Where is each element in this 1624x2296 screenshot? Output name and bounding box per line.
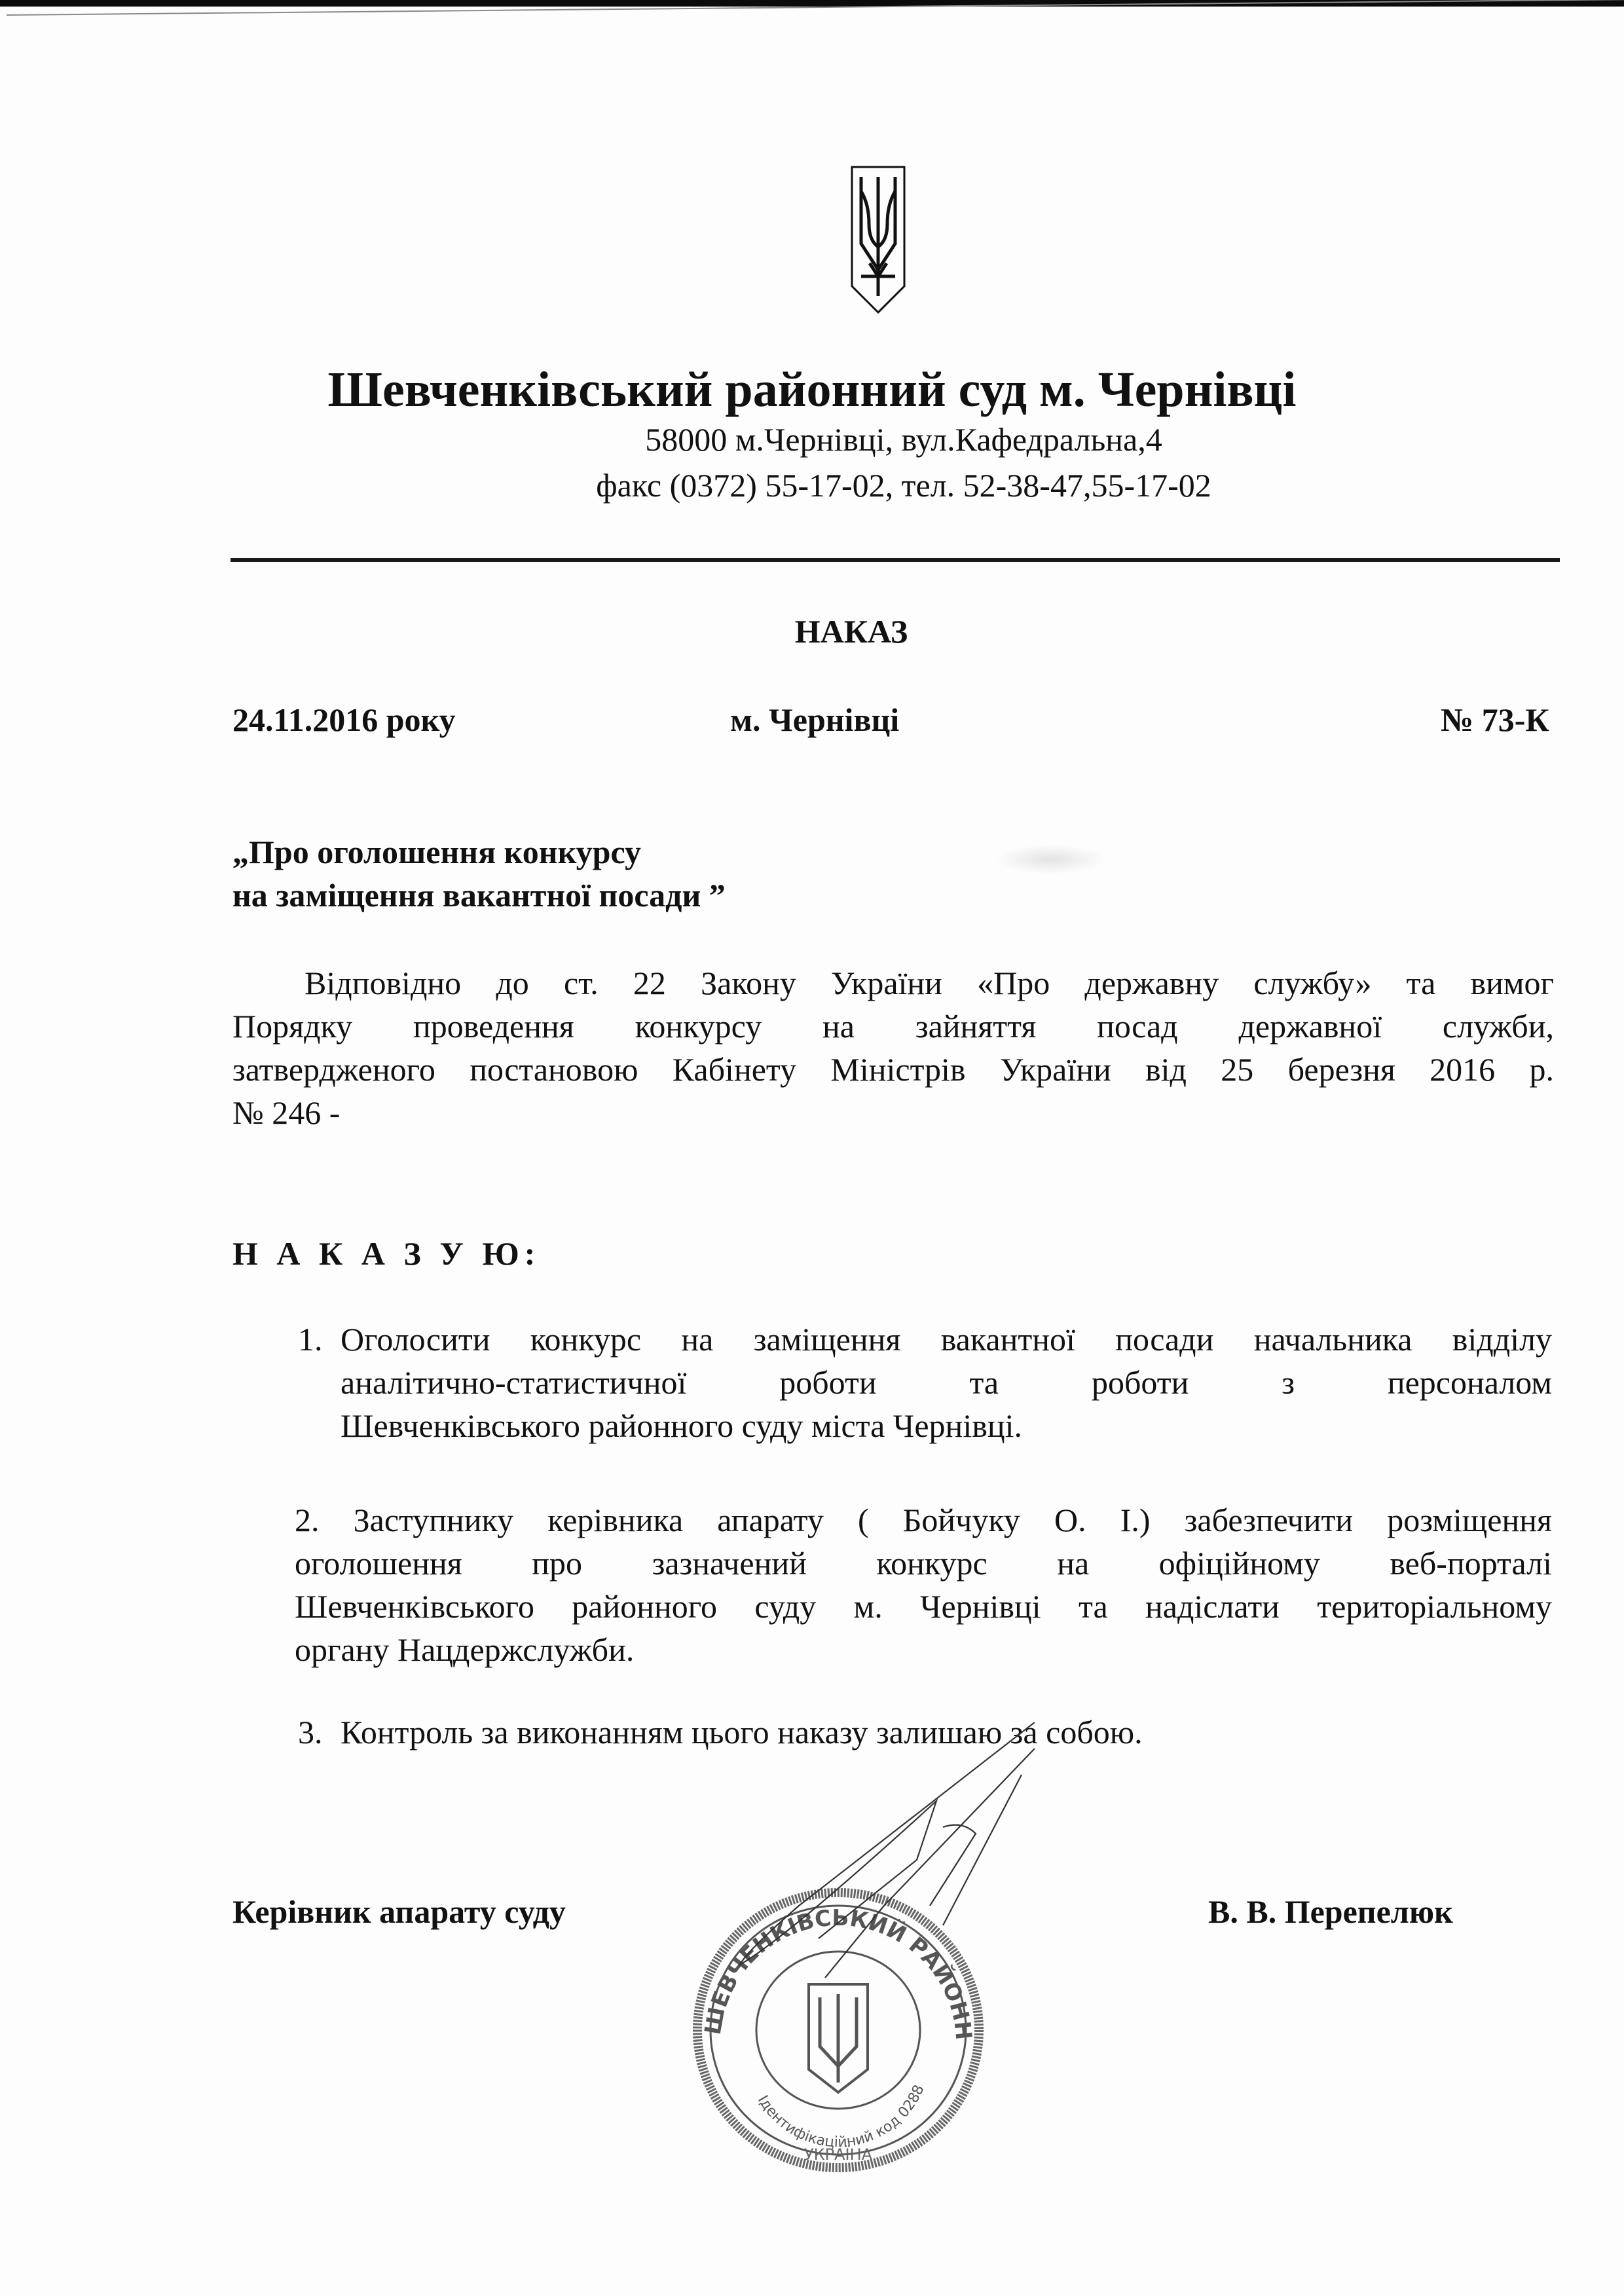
item-number: 2.: [295, 1502, 320, 1538]
handwritten-signature: [668, 1690, 1035, 2017]
order-item-1: Оголосити конкурс на заміщення вакантної…: [341, 1318, 1552, 1447]
preamble-paragraph: Відповідно до ст. 22 Закону України «Про…: [232, 961, 1554, 1134]
preamble-line: затвердженого постановою Кабінету Мініст…: [232, 1048, 1554, 1091]
order-item-2: 2. Заступнику керівника апарату ( Бойчук…: [295, 1498, 1552, 1671]
item-line: Шевченківського районного суду м. Чернів…: [295, 1585, 1552, 1628]
header-divider: [231, 558, 1560, 562]
item-line: аналітично-статистичної роботи та роботи…: [341, 1361, 1552, 1404]
signatory-position: Керівник апарату суду: [232, 1893, 566, 1931]
item-number: 1.: [298, 1318, 323, 1361]
svg-text:УКРАЇНА: УКРАЇНА: [804, 2145, 873, 2164]
coat-of-arms-icon: [850, 165, 906, 314]
document-date: 24.11.2016 року: [232, 701, 456, 739]
court-name-heading: Шевченківський районний суд м. Чернівці: [0, 361, 1624, 418]
preamble-line: № 246 -: [232, 1091, 1554, 1134]
order-heading: Н А К А З У Ю:: [232, 1234, 540, 1272]
document-type-heading: НАКАЗ: [0, 612, 1624, 650]
subject-line-1: „Про оголошення конкурсу: [232, 833, 641, 871]
preamble-line: Відповідно до ст. 22 Закону України «Про…: [232, 961, 1554, 1005]
subject-line-2: на заміщення вакантної посади ”: [232, 876, 726, 914]
item-line: органу Нацдержслужби.: [295, 1628, 1552, 1671]
scan-smudge: [995, 845, 1107, 874]
item-line: Оголосити конкурс на заміщення вакантної…: [341, 1318, 1552, 1361]
item-line: оголошення про зазначений конкурс на офі…: [295, 1542, 1552, 1585]
document-place: м. Чернівці: [730, 701, 899, 739]
court-contacts: факс (0372) 55-17-02, тел. 52-38-47,55-1…: [92, 466, 1624, 504]
item-line: Шевченківського районного суду міста Чер…: [341, 1404, 1552, 1447]
item-line: 2. Заступнику керівника апарату ( Бойчук…: [295, 1498, 1552, 1542]
item-number: 3.: [298, 1711, 323, 1754]
signatory-name: В. В. Перепелюк: [1208, 1893, 1453, 1931]
document-number: № 73-К: [1441, 701, 1549, 739]
court-address: 58000 м.Чернівці, вул.Кафедральна,4: [92, 420, 1624, 458]
preamble-line: Порядку проведення конкурсу на зайняття …: [232, 1005, 1554, 1048]
item-line-text: Заступнику керівника апарату ( Бойчуку О…: [354, 1502, 1552, 1538]
